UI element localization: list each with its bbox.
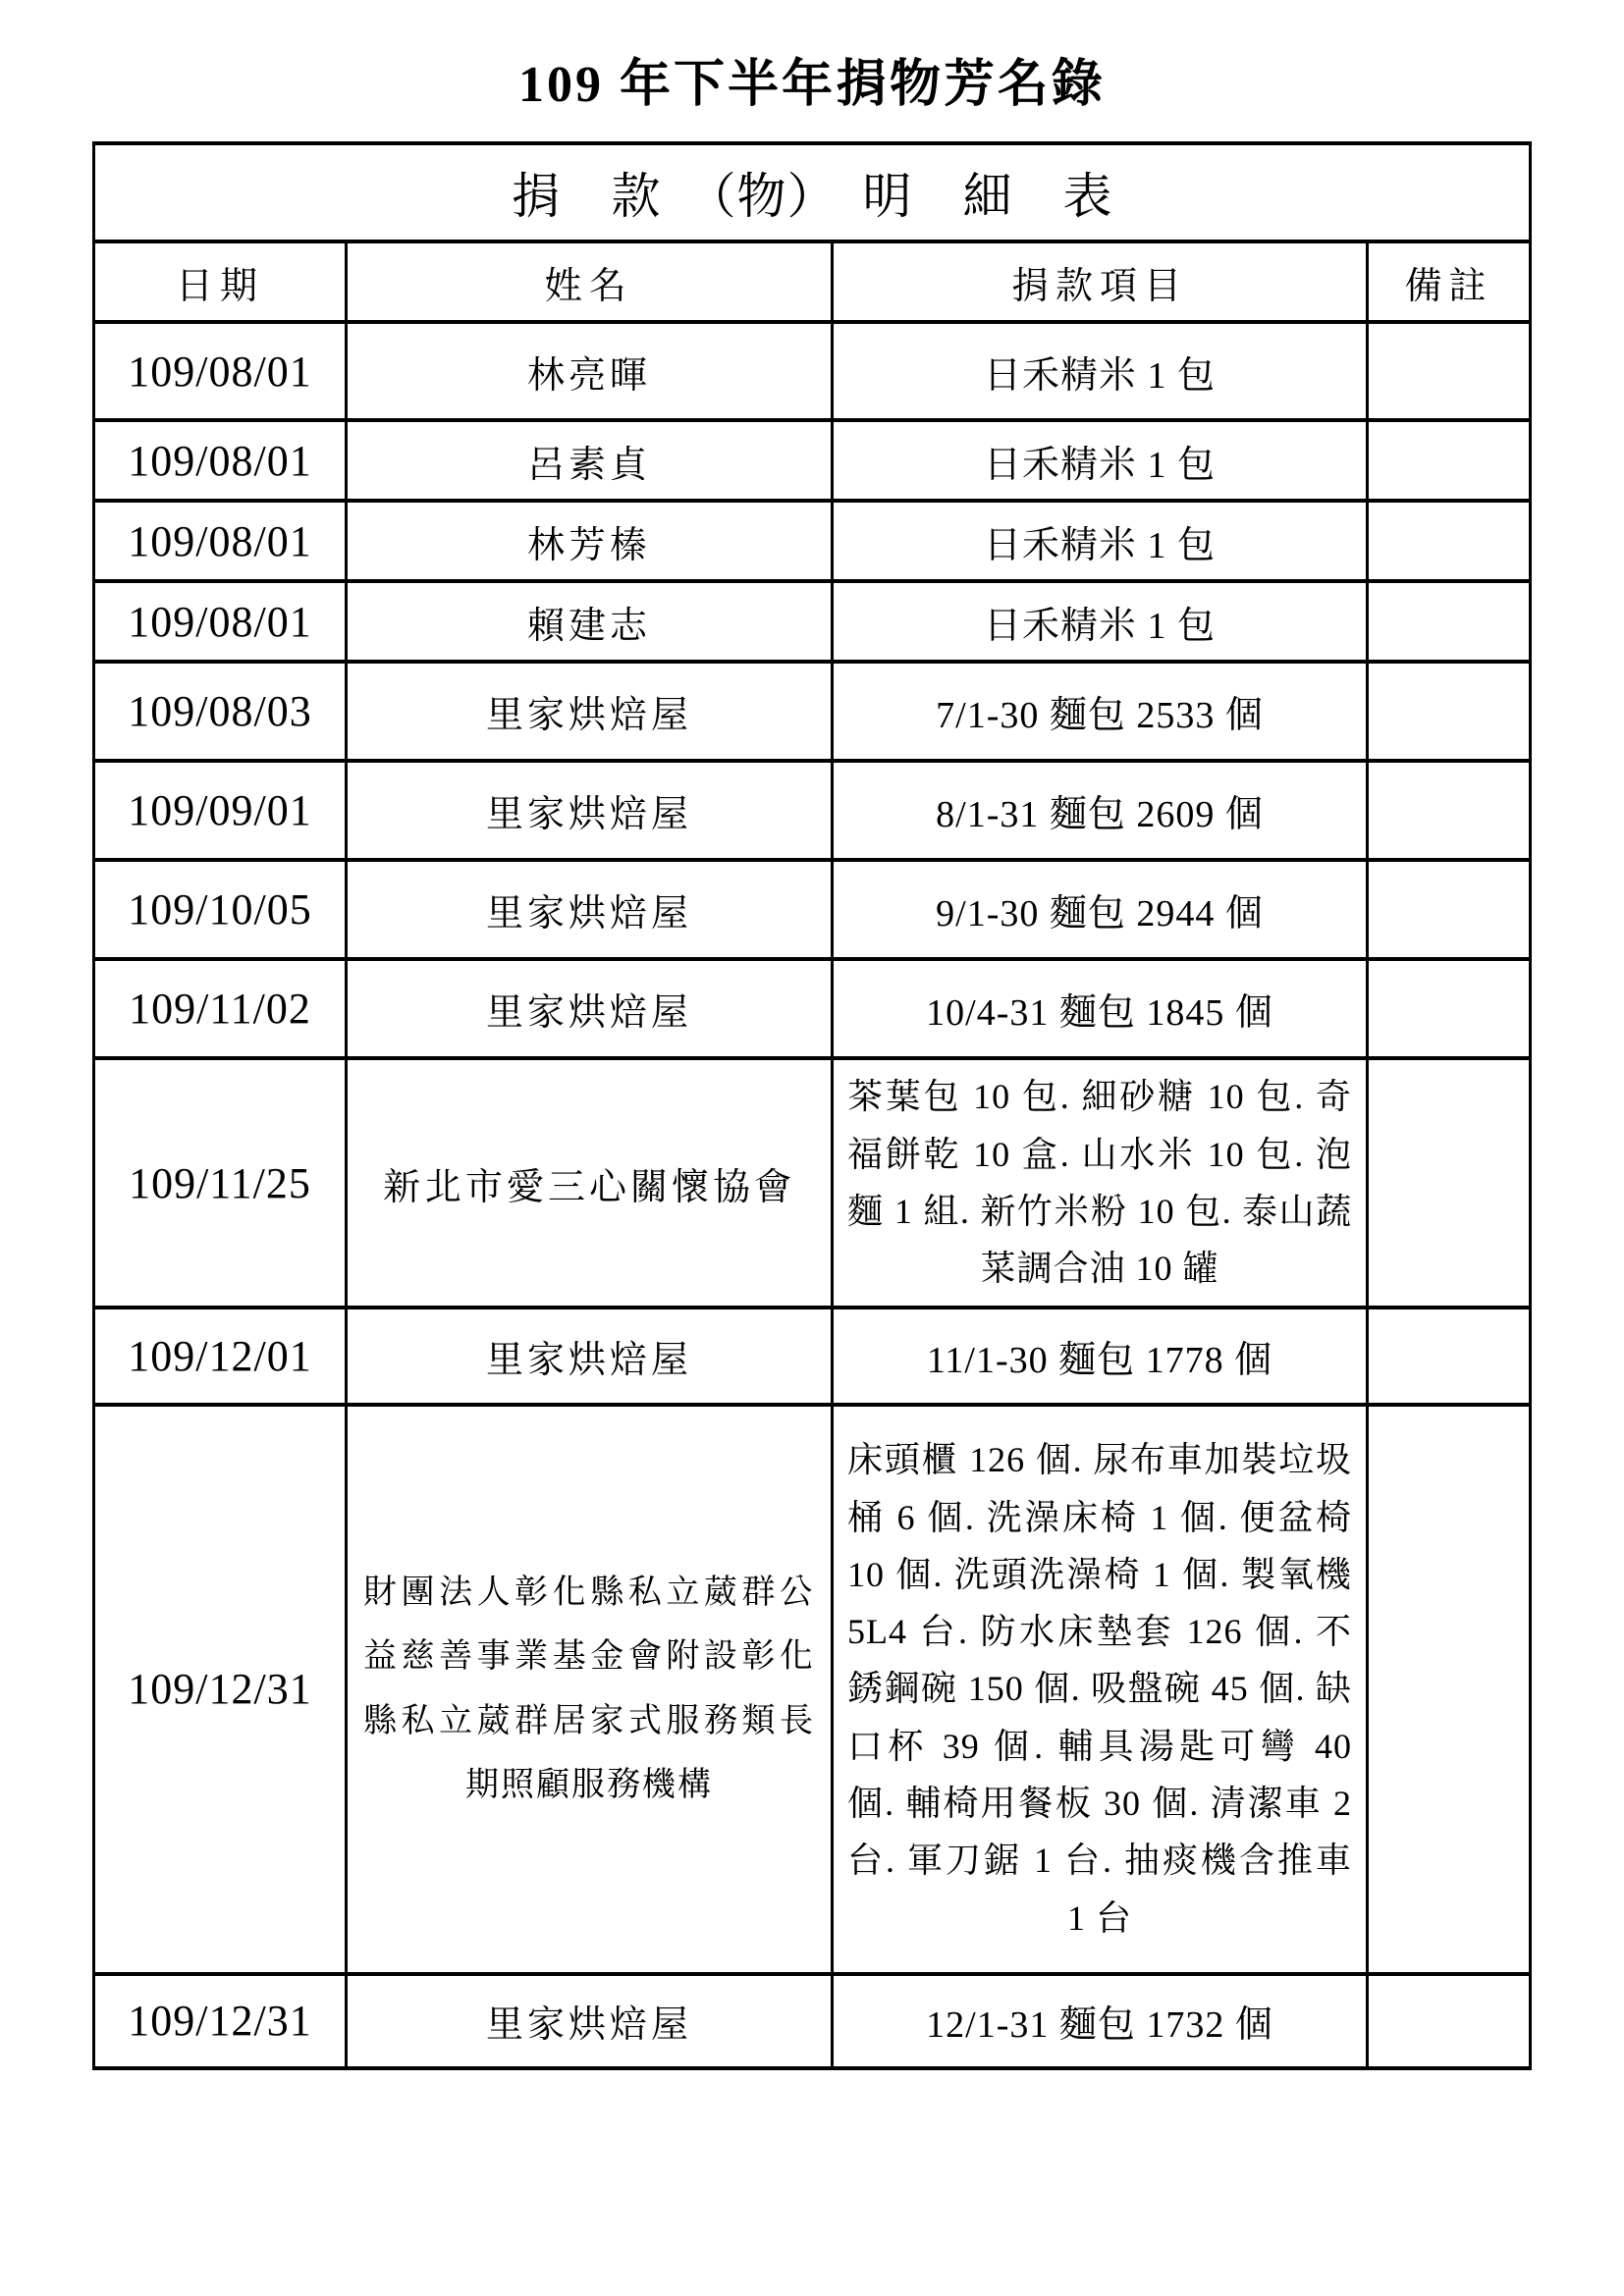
note-cell <box>1368 662 1531 761</box>
date-cell: 109/08/01 <box>94 581 347 662</box>
table-row: 109/12/31 里家烘焙屋 12/1-31 麵包 1732 個 <box>94 1974 1531 2068</box>
items-cell: 7/1-30 麵包 2533 個 <box>833 662 1368 761</box>
column-header-note: 備註 <box>1368 241 1531 322</box>
date-cell: 109/08/01 <box>94 420 347 501</box>
date-cell: 109/08/01 <box>94 501 347 581</box>
name-cell: 里家烘焙屋 <box>347 662 833 761</box>
page: 109 年下半年捐物芳名錄 捐 款 （物） 明 細 表 日期姓名捐款項目備註 1… <box>0 0 1624 2296</box>
note-cell <box>1368 959 1531 1058</box>
items-cell: 8/1-31 麵包 2609 個 <box>833 761 1368 860</box>
date-cell: 109/12/01 <box>94 1308 347 1405</box>
name-cell: 里家烘焙屋 <box>347 959 833 1058</box>
table-row: 109/12/31 財團法人彰化縣私立葳群公益慈善事業基金會附設彰化縣私立葳群居… <box>94 1405 1531 1974</box>
table-row: 109/09/01 里家烘焙屋 8/1-31 麵包 2609 個 <box>94 761 1531 860</box>
table-row: 109/08/01 林芳榛 日禾精米 1 包 <box>94 501 1531 581</box>
column-header-name: 姓名 <box>347 241 833 322</box>
items-cell: 茶葉包 10 包. 細砂糖 10 包. 奇福餅乾 10 盒. 山水米 10 包.… <box>833 1058 1368 1307</box>
page-title: 109 年下半年捐物芳名錄 <box>0 55 1624 116</box>
date-cell: 109/12/31 <box>94 1405 347 1974</box>
table-row: 109/11/02 里家烘焙屋 10/4-31 麵包 1845 個 <box>94 959 1531 1058</box>
name-cell: 里家烘焙屋 <box>347 1974 833 2068</box>
note-cell <box>1368 1974 1531 2068</box>
column-header-items: 捐款項目 <box>833 241 1368 322</box>
date-cell: 109/11/25 <box>94 1058 347 1307</box>
table-row: 109/10/05 里家烘焙屋 9/1-30 麵包 2944 個 <box>94 860 1531 959</box>
note-cell <box>1368 1308 1531 1405</box>
note-cell <box>1368 860 1531 959</box>
name-cell: 林亮暉 <box>347 322 833 420</box>
table-caption-row: 捐 款 （物） 明 細 表 <box>94 143 1531 241</box>
items-cell: 日禾精米 1 包 <box>833 322 1368 420</box>
date-cell: 109/08/01 <box>94 322 347 420</box>
note-cell <box>1368 1405 1531 1974</box>
note-cell <box>1368 420 1531 501</box>
name-cell: 林芳榛 <box>347 501 833 581</box>
note-cell <box>1368 501 1531 581</box>
name-cell: 賴建志 <box>347 581 833 662</box>
items-cell: 日禾精米 1 包 <box>833 581 1368 662</box>
column-header-date: 日期 <box>94 241 347 322</box>
name-cell: 呂素貞 <box>347 420 833 501</box>
table-row: 109/08/01 賴建志 日禾精米 1 包 <box>94 581 1531 662</box>
table-caption: 捐 款 （物） 明 細 表 <box>94 143 1531 241</box>
name-cell: 財團法人彰化縣私立葳群公益慈善事業基金會附設彰化縣私立葳群居家式服務類長期照顧服… <box>347 1405 833 1974</box>
date-cell: 109/09/01 <box>94 761 347 860</box>
items-cell: 9/1-30 麵包 2944 個 <box>833 860 1368 959</box>
items-cell: 12/1-31 麵包 1732 個 <box>833 1974 1368 2068</box>
name-cell: 新北市愛三心關懷協會 <box>347 1058 833 1307</box>
items-cell: 11/1-30 麵包 1778 個 <box>833 1308 1368 1405</box>
note-cell <box>1368 322 1531 420</box>
note-cell <box>1368 761 1531 860</box>
table-row: 109/08/01 林亮暉 日禾精米 1 包 <box>94 322 1531 420</box>
donation-table: 捐 款 （物） 明 細 表 日期姓名捐款項目備註 109/08/01 林亮暉 日… <box>92 141 1532 2069</box>
note-cell <box>1368 581 1531 662</box>
name-cell: 里家烘焙屋 <box>347 761 833 860</box>
date-cell: 109/12/31 <box>94 1974 347 2068</box>
table-row: 109/08/01 呂素貞 日禾精米 1 包 <box>94 420 1531 501</box>
note-cell <box>1368 1058 1531 1307</box>
date-cell: 109/08/03 <box>94 662 347 761</box>
name-cell: 里家烘焙屋 <box>347 860 833 959</box>
table-row: 109/08/03 里家烘焙屋 7/1-30 麵包 2533 個 <box>94 662 1531 761</box>
items-cell: 日禾精米 1 包 <box>833 420 1368 501</box>
table-row: 109/11/25 新北市愛三心關懷協會 茶葉包 10 包. 細砂糖 10 包.… <box>94 1058 1531 1307</box>
name-cell: 里家烘焙屋 <box>347 1308 833 1405</box>
date-cell: 109/10/05 <box>94 860 347 959</box>
table-row: 109/12/01 里家烘焙屋 11/1-30 麵包 1778 個 <box>94 1308 1531 1405</box>
items-cell: 10/4-31 麵包 1845 個 <box>833 959 1368 1058</box>
date-cell: 109/11/02 <box>94 959 347 1058</box>
items-cell: 床頭櫃 126 個. 尿布車加裝垃圾桶 6 個. 洗澡床椅 1 個. 便盆椅 1… <box>833 1405 1368 1974</box>
items-cell: 日禾精米 1 包 <box>833 501 1368 581</box>
table-header-row: 日期姓名捐款項目備註 <box>94 241 1531 322</box>
